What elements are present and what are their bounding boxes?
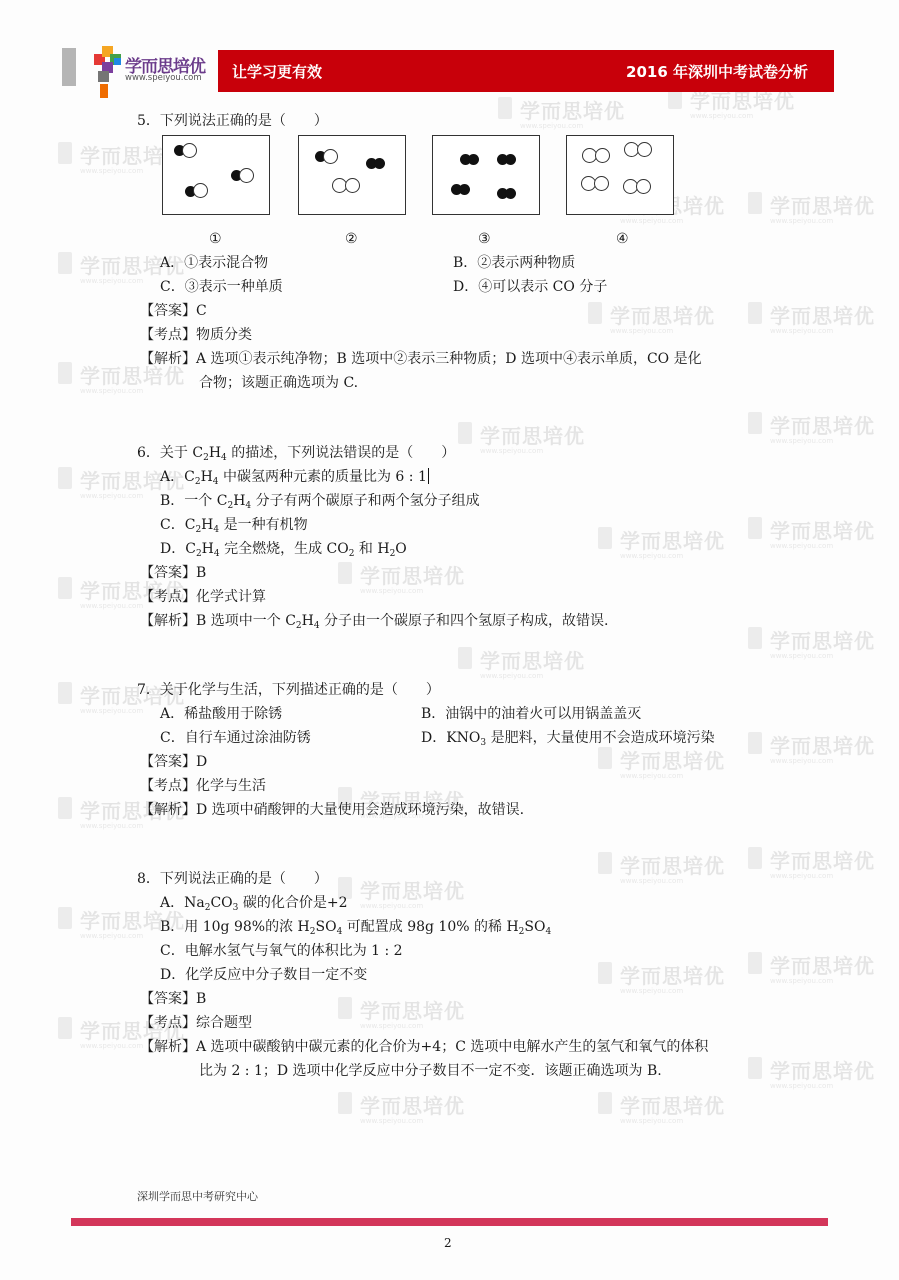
watermark: 学而思培优www.speiyou.com <box>620 960 725 995</box>
option-c: C．C2H4 是一种有机物 <box>160 516 308 534</box>
answer-tag: 【答案】 <box>140 303 196 319</box>
option-b: B．一个 C2H4 分子有两个碳原子和两个氢分子组成 <box>160 492 480 510</box>
atom-white <box>636 179 651 194</box>
point-tag: 【考点】 <box>140 1015 196 1031</box>
watermark: 学而思培优www.speiyou.com <box>770 625 875 660</box>
analysis-tag: 【解析】 <box>140 1039 196 1055</box>
point-row: 【考点】物质分类 <box>140 326 252 344</box>
answer-tag: 【答案】 <box>140 754 196 770</box>
logo-url: www.speiyou.com <box>125 73 202 83</box>
answer-value: B <box>196 565 206 581</box>
watermark: 学而思培优www.speiyou.com <box>520 95 625 130</box>
figure-label: ③ <box>478 231 491 247</box>
point-tag: 【考点】 <box>140 589 196 605</box>
watermark: 学而思培优www.speiyou.com <box>360 995 465 1030</box>
header-bar: 让学习更有效 2016 年深圳中考试卷分析 <box>218 50 834 92</box>
atom-white <box>594 176 609 191</box>
option-c: C．自行车通过涂油防锈 <box>160 729 311 747</box>
option-b: B．油锅中的油着火可以用锅盖盖灭 <box>421 705 641 723</box>
option-a: A．C2H4 中碳氢两种元素的质量比为 6 : 1 <box>160 468 429 486</box>
atom-black <box>374 158 385 169</box>
footer-bar <box>71 1218 828 1226</box>
watermark: 学而思培优www.speiyou.com <box>620 525 725 560</box>
figure-label: ④ <box>616 231 629 247</box>
question-stem: 8．下列说法正确的是（ ） <box>137 870 328 888</box>
text-cursor <box>428 468 429 484</box>
option-d: D．C2H4 完全燃烧，生成 CO2 和 H2O <box>160 540 407 558</box>
atom-black <box>505 188 516 199</box>
atom-black <box>468 154 479 165</box>
point-row: 【考点】化学式计算 <box>140 588 266 606</box>
analysis-text: D 选项中硝酸钾的大量使用会造成环境污染，故错误. <box>196 802 524 818</box>
analysis-tag: 【解析】 <box>140 802 196 818</box>
analysis-tag: 【解析】 <box>140 613 196 629</box>
header-slogan: 让学习更有效 <box>232 61 322 82</box>
atom-black <box>505 154 516 165</box>
option-b: B．②表示两种物质 <box>453 254 575 272</box>
figure-label: ② <box>345 231 358 247</box>
watermark: 学而思培优www.speiyou.com <box>770 410 875 445</box>
option-d: D．KNO3 是肥料，大量使用不会造成环境污染 <box>421 729 715 747</box>
watermark: 学而思培优www.speiyou.com <box>620 850 725 885</box>
header-gray-block <box>62 48 76 86</box>
header-title: 2016 年深圳中考试卷分析 <box>626 61 808 82</box>
atom-white <box>182 143 197 158</box>
atom-white <box>595 148 610 163</box>
option-a: A．Na2CO3 碳的化合价是+2 <box>160 894 347 912</box>
logo: 学而思培优 www.speiyou.com <box>88 44 208 114</box>
answer-row: 【答案】D <box>140 753 207 771</box>
answer-tag: 【答案】 <box>140 991 196 1007</box>
analysis-text: A 选项①表示纯净物；B 选项中②表示三种物质；D 选项中④表示单质，CO 是化 <box>196 351 702 367</box>
point-row: 【考点】综合题型 <box>140 1014 252 1032</box>
answer-row: 【答案】B <box>140 564 206 582</box>
figure-3 <box>432 135 540 215</box>
watermark: 学而思培优www.speiyou.com <box>480 420 585 455</box>
answer-value: B <box>196 991 206 1007</box>
option-d: D．④可以表示 CO 分子 <box>453 278 607 296</box>
watermark: 学而思培优www.speiyou.com <box>360 875 465 910</box>
atom-white <box>637 142 652 157</box>
point-value: 化学式计算 <box>196 589 266 605</box>
analysis-text-cont: 比为 2 : 1；D 选项中化学反应中分子数目不一定不变．该题正确选项为 B. <box>199 1062 662 1080</box>
question-stem: 7．关于化学与生活，下列描述正确的是（ ） <box>137 681 440 699</box>
atom-white <box>345 178 360 193</box>
question-stem: 6．关于 C2H4 的描述，下列说法错误的是（ ） <box>137 444 455 462</box>
watermark: 学而思培优www.speiyou.com <box>770 190 875 225</box>
watermark: 学而思培优www.speiyou.com <box>610 300 715 335</box>
figure-label: ① <box>209 231 222 247</box>
logo-square <box>100 84 108 98</box>
logo-square <box>98 71 109 82</box>
analysis-row: 【解析】A 选项中碳酸钠中碳元素的化合价为+4；C 选项中电解水产生的氢气和氧气… <box>140 1038 708 1056</box>
page-number: 2 <box>444 1236 452 1250</box>
point-row: 【考点】化学与生活 <box>140 777 266 795</box>
figure-4 <box>566 135 674 215</box>
footer-org: 深圳学而思中考研究中心 <box>137 1188 258 1204</box>
analysis-row: 【解析】D 选项中硝酸钾的大量使用会造成环境污染，故错误. <box>140 801 524 819</box>
watermark: 学而思培优www.speiyou.com <box>360 1090 465 1125</box>
analysis-tag: 【解析】 <box>140 351 196 367</box>
option-c: C．电解水氢气与氧气的体积比为 1 : 2 <box>160 942 403 960</box>
answer-value: D <box>196 754 207 770</box>
atom-white <box>193 183 208 198</box>
atom-white <box>239 168 254 183</box>
option-a: A．稀盐酸用于除锈 <box>160 705 282 723</box>
analysis-row: 【解析】B 选项中一个 C2H4 分子由一个碳原子和四个氢原子构成，故错误. <box>140 612 609 630</box>
analysis-text-cont: 合物；该题正确选项为 C. <box>199 374 358 392</box>
answer-tag: 【答案】 <box>140 565 196 581</box>
point-tag: 【考点】 <box>140 327 196 343</box>
watermark: 学而思培优www.speiyou.com <box>480 645 585 680</box>
atom-white <box>323 149 338 164</box>
analysis-text: A 选项中碳酸钠中碳元素的化合价为+4；C 选项中电解水产生的氢气和氧气的体积 <box>196 1039 708 1055</box>
watermark: 学而思培优www.speiyou.com <box>770 515 875 550</box>
question-stem: 5．下列说法正确的是（ ） <box>137 112 328 130</box>
point-value: 综合题型 <box>196 1015 252 1031</box>
atom-black <box>459 184 470 195</box>
watermark: 学而思培优www.speiyou.com <box>770 950 875 985</box>
watermark: 学而思培优www.speiyou.com <box>770 730 875 765</box>
answer-row: 【答案】B <box>140 990 206 1008</box>
option-b: B．用 10g 98%的浓 H2SO4 可配置成 98g 10% 的稀 H2SO… <box>160 918 551 936</box>
watermark: 学而思培优www.speiyou.com <box>770 300 875 335</box>
watermark: 学而思培优www.speiyou.com <box>620 745 725 780</box>
answer-row: 【答案】C <box>140 302 207 320</box>
analysis-row: 【解析】A 选项①表示纯净物；B 选项中②表示三种物质；D 选项中④表示单质，C… <box>140 350 702 368</box>
figure-1 <box>162 135 270 215</box>
figure-2 <box>298 135 406 215</box>
point-value: 化学与生活 <box>196 778 266 794</box>
logo-square <box>114 58 121 65</box>
watermark: 学而思培优www.speiyou.com <box>770 1055 875 1090</box>
option-d: D．化学反应中分子数目一定不变 <box>160 966 367 984</box>
point-value: 物质分类 <box>196 327 252 343</box>
watermark: 学而思培优www.speiyou.com <box>620 1090 725 1125</box>
option-c: C．③表示一种单质 <box>160 278 283 296</box>
watermark: 学而思培优www.speiyou.com <box>770 845 875 880</box>
option-a: A．①表示混合物 <box>160 254 268 272</box>
point-tag: 【考点】 <box>140 778 196 794</box>
watermark: 学而思培优www.speiyou.com <box>360 560 465 595</box>
answer-value: C <box>196 303 207 319</box>
